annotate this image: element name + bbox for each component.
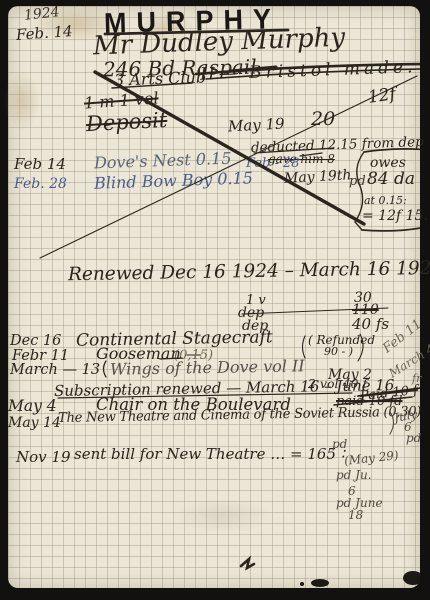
ink-squiggle (241, 559, 254, 568)
refund-note: 90 - ) (324, 346, 353, 357)
paper-stain (158, 492, 288, 540)
may19-date: May 19 (228, 117, 285, 135)
ledger-date: May 14 (8, 416, 61, 430)
address-line-2: 3 Arts Club (114, 69, 207, 88)
margin-stack-item: (May 29) (344, 449, 400, 467)
loan-date: Feb. 28 (14, 177, 67, 191)
owes-line: owes (370, 156, 406, 170)
renewal-line: Renewed Dec 16 1924 – March 16 1925 (68, 260, 430, 285)
owes-date-2: May 19th (284, 168, 352, 186)
may19-amount: 20 (311, 110, 335, 129)
owes-line: = 12f 15. (362, 209, 428, 223)
edge-ink-blot (403, 571, 420, 585)
photographed-library-card: { "colors": { "photo_background": "#1311… (0, 0, 430, 600)
ledger-text: sent bill for New Theatre … = 165 ∶ (74, 447, 345, 462)
deposit-label-crossed: Deposit (86, 110, 168, 135)
owes-date-blue: Feb - 28 (246, 157, 300, 170)
paid-mark: pd (349, 175, 366, 188)
wings-brace (104, 361, 107, 377)
ledger-title: The New Theatre and Cinema of the Soviet… (58, 406, 421, 426)
owes-line: 84 da (367, 171, 415, 188)
loan-date: Feb 14 (14, 157, 66, 172)
loan-entry: Blind Bow Boy 0.15 (94, 170, 253, 192)
margin-stack-item: pd (406, 432, 421, 444)
library-card: 1924 Feb. 14 MURPHY Mr Dudley Murphy 246… (8, 6, 420, 588)
loan-entry: Dove's Nest 0.15 (94, 151, 232, 172)
ledger-date: May 4 (8, 399, 57, 415)
member-name: Mr Dudley Murphy (93, 25, 346, 60)
fee-amount: 12f (367, 86, 397, 107)
margin-stack-item: 18 (348, 509, 363, 521)
first-visit-date: Feb. 14 (16, 24, 74, 43)
margin-stack-item: pd (332, 438, 347, 450)
ledger-date: March — 13 (10, 363, 100, 378)
edge-ink-blot (300, 582, 304, 586)
owes-line: at 0.15: (364, 195, 407, 206)
subscription-extra: 2 vol 40 f (308, 378, 367, 391)
year-note: 1924 (23, 5, 60, 23)
margin-stack-item: pd Ju. (336, 469, 372, 481)
ledger-date: Nov 19 (16, 450, 71, 465)
ledger-title: Wings of the Dove vol II (110, 358, 305, 377)
edge-ink-blot (311, 579, 329, 587)
refund-paren-left (303, 336, 306, 358)
crossed-out-address: H— Bristol made. (200, 59, 417, 84)
paper-stain (0, 61, 46, 141)
ledger-date: Dec 16 (10, 334, 61, 349)
amount: 40 fs (352, 317, 389, 332)
